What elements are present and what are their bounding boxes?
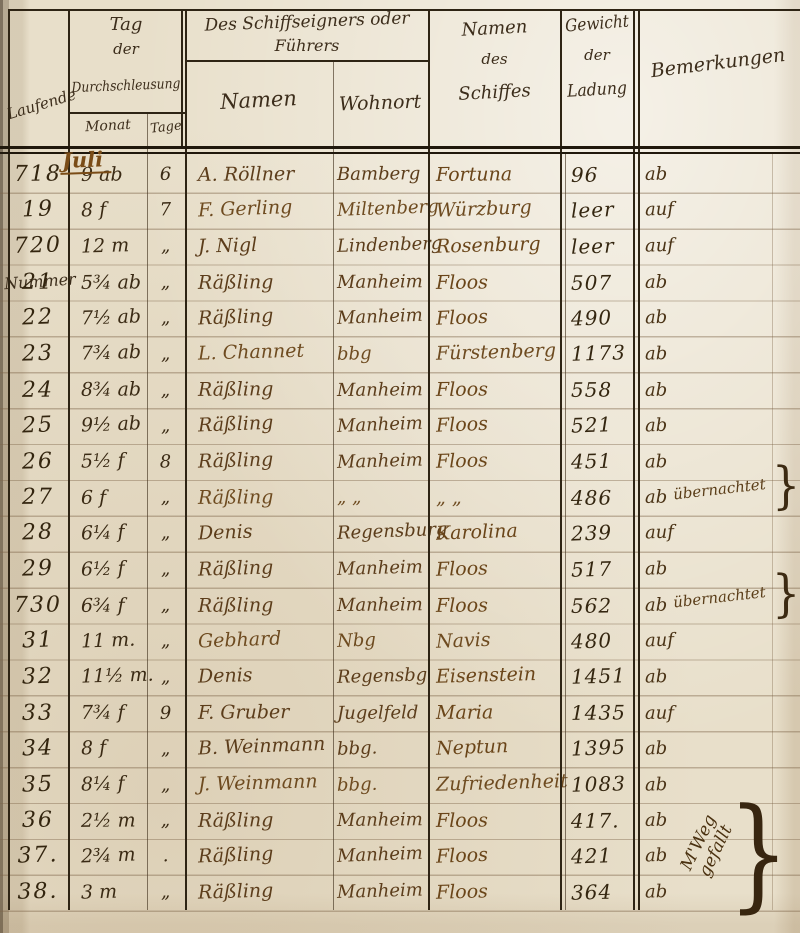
- cell-tag: 8: [147, 451, 185, 473]
- cell-wohnort: bbg.: [333, 735, 429, 759]
- bemerkung-text: ab: [645, 737, 668, 759]
- header-sub-namen: Namen: [183, 84, 333, 116]
- table-vertical-line: [333, 60, 334, 910]
- cell-bemerkung: auf: [633, 194, 800, 221]
- cell-uhrzeit: 6¾ f: [68, 594, 147, 617]
- cell-schiffsname: Floos: [428, 841, 562, 868]
- table-row: 730 6¾ f „ Räßling Manheim Floos 562 ab …: [8, 588, 800, 624]
- cell-schiffer-name: J. Nigl: [184, 232, 334, 258]
- cell-uhrzeit: 12 m: [68, 234, 148, 258]
- cell-laufende-nummer: 24: [8, 377, 68, 403]
- bemerkung-note: übernachtet: [672, 475, 766, 503]
- cell-wohnort: bbg: [333, 341, 429, 365]
- cell-gewicht: 421: [561, 842, 634, 869]
- cell-uhrzeit: 2¾ m: [68, 843, 148, 868]
- cell-gewicht: 562: [561, 593, 633, 618]
- bemerkung-text: ab: [645, 595, 667, 616]
- cell-schiffer-name: Räßling: [184, 593, 333, 616]
- header-bemerkungen: Bemerkungen: [637, 42, 798, 83]
- cell-gewicht: 490: [561, 304, 634, 331]
- cell-bemerkung: ab: [633, 662, 800, 688]
- cell-gewicht: 517: [561, 556, 634, 582]
- cell-schiffsname: Floos: [428, 447, 562, 473]
- cell-laufende-nummer: 37.: [8, 842, 69, 869]
- cell-tag: „: [147, 414, 185, 436]
- cell-schiffsname: Floos: [428, 593, 561, 616]
- cell-uhrzeit: 11½ m.: [68, 664, 148, 688]
- header-schiffer-title2: Führers: [184, 36, 430, 55]
- cell-tag: „: [147, 343, 185, 365]
- header-gewicht-line3: Ladung: [559, 78, 635, 102]
- cell-laufende-nummer: 36: [8, 808, 68, 834]
- cell-laufende-nummer: 31: [8, 627, 69, 654]
- table-horizontal-line: [185, 60, 428, 62]
- cell-gewicht: 507: [561, 270, 633, 295]
- table-row: 720 12 m „ J. Nigl Lindenberg Rosenburg …: [8, 229, 800, 265]
- table-horizontal-line: [0, 152, 800, 154]
- cell-schiffer-name: Räßling: [184, 447, 334, 473]
- cell-uhrzeit: 8 f: [68, 735, 148, 760]
- cell-bemerkung: ab: [633, 271, 800, 293]
- cell-schiffsname: Floos: [428, 555, 562, 581]
- cell-schiffer-name: J. Weinmann: [184, 770, 334, 796]
- cell-bemerkung: ab: [633, 733, 800, 760]
- cell-wohnort: Manheim: [333, 449, 429, 473]
- table-row: 23 7¾ ab „ L. Channet bbg Fürstenberg 11…: [8, 336, 800, 372]
- cell-schiffer-name: Räßling: [184, 840, 334, 867]
- cell-schiffer-name: Denis: [184, 517, 334, 544]
- cell-wohnort: Bamberg: [333, 164, 428, 186]
- cell-schiffer-name: B. Weinmann: [184, 733, 334, 760]
- cell-laufende-nummer: 28: [8, 519, 69, 546]
- header-schiff-line3: Schiffes: [428, 79, 562, 107]
- cell-gewicht: 417.: [561, 808, 633, 833]
- cell-wohnort: bbg.: [333, 772, 429, 796]
- cell-laufende-nummer: 33: [8, 700, 68, 726]
- table-row: 35 8¼ f „ J. Weinmann bbg. Zufriedenheit…: [8, 767, 800, 803]
- cell-tag: 9: [147, 702, 184, 723]
- grouping-brace: }: [728, 792, 789, 915]
- cell-schiffer-name: L. Channet: [184, 339, 334, 365]
- cell-tag: „: [147, 881, 185, 903]
- cell-gewicht: 96: [561, 162, 633, 187]
- table-row: 28 6¼ f „ Denis Regensburg Karolina 239 …: [8, 516, 800, 552]
- bemerkung-text: ab: [645, 774, 668, 796]
- cell-tag: „: [147, 774, 185, 796]
- cell-wohnort: Regensbg: [333, 664, 429, 688]
- cell-wohnort: Regensburg: [333, 520, 429, 544]
- cell-tag: „: [147, 558, 185, 580]
- table-horizontal-line: [0, 146, 800, 149]
- table-row: 718 9 ab 6 A. Röllner Bamberg Fortuna 96…: [8, 157, 800, 193]
- cell-tag: 7: [147, 199, 185, 221]
- header-tag-line2: der: [68, 40, 184, 58]
- bemerkung-text: ab: [645, 414, 668, 436]
- table-row: 22 7½ ab „ Räßling Manheim Floos 490 ab: [8, 301, 800, 337]
- cell-schiffsname: Karolina: [428, 518, 562, 545]
- table-row: 24 8¾ ab „ Räßling Manheim Floos 558 ab: [8, 372, 800, 408]
- cell-wohnort: Jugelfeld: [333, 702, 428, 724]
- cell-laufende-nummer: 23: [8, 340, 69, 367]
- cell-gewicht: leer: [561, 196, 634, 223]
- cell-bemerkung: auf: [633, 701, 800, 723]
- table-row: 25 9½ ab „ Räßling Manheim Floos 521 ab: [8, 408, 800, 444]
- cell-uhrzeit: 5¾ ab: [68, 271, 147, 294]
- bemerkung-text: auf: [645, 630, 675, 652]
- bemerkung-text: ab: [645, 487, 667, 508]
- table-horizontal-line: [68, 112, 185, 114]
- cell-gewicht: 480: [561, 627, 634, 654]
- header-gewicht-line1: Gewicht: [561, 11, 632, 36]
- bemerkung-text: ab: [645, 343, 668, 365]
- table-row: 32 11½ m. „ Denis Regensbg Eisenstein 14…: [8, 659, 800, 695]
- cell-bemerkung: ab übernachtet }: [633, 594, 800, 616]
- header-schiff-line2: des: [428, 50, 561, 68]
- bemerkung-text: ab: [645, 451, 668, 473]
- cell-gewicht: 558: [561, 378, 633, 403]
- cell-schiffer-name: Räßling: [184, 302, 334, 329]
- cell-bemerkung: ab: [633, 302, 800, 329]
- cell-wohnort: Manheim: [333, 810, 428, 832]
- cell-schiffsname: Fortuna: [428, 163, 561, 186]
- table-horizontal-line: [8, 9, 800, 11]
- cell-schiffer-name: Räßling: [184, 410, 334, 437]
- bemerkung-text: ab: [645, 307, 668, 329]
- table-row: 36 2½ m „ Räßling Manheim Floos 417. ab: [8, 803, 800, 839]
- bemerkung-text: ab: [645, 164, 667, 185]
- table-row: 31 11 m. „ Gebhard Nbg Navis 480 auf: [8, 624, 800, 660]
- cell-laufende-nummer: 32: [8, 663, 69, 690]
- cell-tag: „: [147, 487, 184, 508]
- cell-schiffsname: Maria: [428, 701, 561, 724]
- cell-schiffsname: Floos: [428, 303, 562, 330]
- cell-tag: „: [147, 379, 184, 400]
- cell-uhrzeit: 6¼ f: [68, 520, 148, 545]
- cell-gewicht: 486: [561, 485, 633, 510]
- cell-gewicht: 451: [561, 448, 634, 474]
- cell-laufende-nummer: 22: [8, 304, 69, 331]
- cell-laufende-nummer: 27: [8, 485, 68, 511]
- cell-schiffsname: Würzburg: [428, 195, 562, 222]
- cell-gewicht: 521: [561, 412, 634, 439]
- cell-wohnort: Manheim: [333, 880, 429, 904]
- cell-uhrzeit: 9½ ab: [68, 412, 148, 437]
- cell-schiffsname: Zufriedenheit: [428, 770, 562, 796]
- bemerkung-text: auf: [645, 199, 675, 221]
- cell-bemerkung: ab: [633, 410, 800, 437]
- cell-uhrzeit: 5½ f: [68, 449, 148, 473]
- cell-bemerkung: ab: [633, 163, 800, 185]
- cell-laufende-nummer: 34: [8, 734, 69, 761]
- header-sub-wohnort: Wohnort: [330, 90, 431, 115]
- cell-uhrzeit: 8¼ f: [68, 772, 148, 796]
- month-label: Juli: [60, 146, 112, 175]
- bemerkung-text: auf: [645, 235, 675, 257]
- cell-schiffsname: Fürstenberg: [428, 340, 562, 366]
- cell-uhrzeit: 6 f: [68, 486, 147, 509]
- cell-laufende-nummer: 25: [8, 411, 69, 438]
- cell-gewicht: 364: [561, 879, 634, 905]
- cell-schiffer-name: Gebhard: [184, 625, 334, 652]
- cell-uhrzeit: 2½ m: [68, 809, 147, 832]
- cell-schiffer-name: Räßling: [184, 809, 333, 832]
- cell-tag: „: [147, 630, 185, 652]
- cell-laufende-nummer: 26: [8, 448, 69, 475]
- cell-schiffsname: Floos: [428, 809, 561, 832]
- table-vertical-line: [147, 112, 148, 910]
- cell-wohnort: Nbg: [333, 628, 429, 652]
- ledger-page: Laufende Nummer Tag der Durchschleusung …: [0, 0, 800, 933]
- cell-schiffer-name: Räßling: [184, 486, 333, 509]
- cell-gewicht: 239: [561, 519, 634, 546]
- table-row: 21 5¾ ab „ Räßling Manheim Floos 507 ab: [8, 265, 800, 301]
- cell-tag: „: [147, 235, 185, 257]
- cell-uhrzeit: 7¾ f: [68, 702, 147, 725]
- cell-laufende-nummer: 718: [8, 162, 68, 188]
- cell-schiffer-name: F. Gerling: [184, 194, 334, 221]
- header-tag-line1: Tag: [68, 14, 184, 35]
- bemerkung-text: ab: [645, 666, 668, 688]
- cell-schiffer-name: Räßling: [184, 378, 333, 401]
- cell-gewicht: 1435: [561, 701, 633, 726]
- cell-laufende-nummer: 35: [8, 771, 69, 798]
- table-vertical-line: [633, 9, 635, 910]
- cell-bemerkung: ab: [633, 339, 800, 365]
- cell-wohnort: Miltenberg: [333, 197, 429, 221]
- header-gewicht-line2: der: [558, 46, 636, 64]
- cell-schiffsname: Rosenburg: [428, 232, 562, 258]
- cell-schiffsname: Navis: [428, 626, 562, 653]
- table-body: 718 9 ab 6 A. Röllner Bamberg Fortuna 96…: [8, 157, 800, 911]
- cell-tag: „: [147, 737, 185, 759]
- table-vertical-line: [185, 9, 187, 910]
- bemerkung-text: ab: [645, 379, 667, 400]
- header-schiffer-title1: Des Schiffseigners oder: [184, 8, 431, 37]
- cell-schiffsname: Floos: [428, 410, 562, 437]
- table-vertical-line: [68, 9, 70, 910]
- cell-gewicht: leer: [561, 233, 634, 259]
- cell-bemerkung: ab übernachtet }: [633, 486, 800, 508]
- cell-uhrzeit: 8¾ ab: [68, 379, 147, 402]
- bemerkung-text: ab: [645, 881, 668, 903]
- cell-gewicht: 1083: [561, 771, 634, 797]
- cell-laufende-nummer: 730: [8, 593, 68, 619]
- cell-laufende-nummer: 720: [8, 233, 69, 260]
- table-vertical-line: [8, 9, 10, 910]
- table-vertical-line: [181, 9, 183, 148]
- cell-wohnort: Manheim: [333, 412, 429, 436]
- table-vertical-line: [560, 9, 562, 910]
- table-vertical-line: [565, 152, 566, 910]
- cell-schiffsname: Neptun: [428, 733, 562, 760]
- header-laufende-line1: Laufende: [5, 87, 73, 124]
- cell-laufende-nummer: 19: [8, 196, 69, 223]
- header-sub-monat: Monat: [70, 116, 147, 136]
- cell-schiffer-name: Räßling: [184, 878, 334, 904]
- cell-gewicht: 1173: [561, 340, 634, 366]
- cell-uhrzeit: 3 m: [68, 880, 148, 904]
- table-row: 38. 3 m „ Räßling Manheim Floos 364 ab: [8, 875, 800, 911]
- cell-tag: .: [147, 845, 185, 867]
- table-row: 27 6 f „ Räßling „ „ „ „ 486 ab übernach…: [8, 480, 800, 516]
- cell-uhrzeit: 6½ f: [68, 557, 148, 581]
- table-row: 33 7¾ f 9 F. Gruber Jugelfeld Maria 1435…: [8, 695, 800, 731]
- table-row: 26 5½ f 8 Räßling Manheim Floos 451 ab: [8, 444, 800, 480]
- cell-schiffer-name: F. Gruber: [184, 701, 333, 724]
- table-vertical-line: [638, 9, 640, 910]
- bemerkung-note: übernachtet: [672, 583, 766, 611]
- cell-schiffer-name: Denis: [184, 662, 334, 688]
- cell-schiffsname: Floos: [428, 878, 562, 904]
- cell-schiffsname: Floos: [428, 378, 561, 401]
- cell-gewicht: 1395: [561, 735, 634, 762]
- cell-tag: „: [147, 666, 185, 688]
- cell-schiffer-name: Räßling: [184, 555, 334, 581]
- cell-bemerkung: auf: [633, 517, 800, 544]
- cell-wohnort: Manheim: [333, 271, 428, 293]
- cell-wohnort: „ „: [333, 487, 428, 509]
- cell-uhrzeit: 7¾ ab: [68, 341, 148, 365]
- cell-tag: 6: [147, 164, 184, 185]
- bemerkung-text: ab: [645, 272, 667, 293]
- header-tag-line3: Durchschleusung: [69, 76, 182, 96]
- cell-schiffsname: „ „: [428, 486, 561, 509]
- cell-bemerkung: auf: [633, 232, 800, 258]
- cell-tag: „: [147, 595, 184, 616]
- cell-wohnort: Manheim: [333, 557, 429, 581]
- cell-laufende-nummer: 38.: [8, 879, 69, 906]
- bemerkung-text: auf: [645, 522, 675, 544]
- cell-schiffsname: Eisenstein: [428, 663, 562, 689]
- cell-laufende-nummer: 21: [8, 270, 68, 296]
- cell-uhrzeit: 11 m.: [68, 628, 148, 653]
- cell-laufende-nummer: 29: [8, 556, 69, 583]
- cell-uhrzeit: 8 f: [68, 197, 148, 222]
- cell-wohnort: Manheim: [333, 305, 429, 329]
- cell-uhrzeit: 7½ ab: [68, 305, 148, 330]
- header-schiff-line1: Namen: [428, 15, 562, 43]
- cell-tag: „: [147, 307, 185, 329]
- table-row: 29 6½ f „ Räßling Manheim Floos 517 ab: [8, 552, 800, 588]
- cell-gewicht: 1451: [561, 663, 634, 689]
- bemerkung-text: auf: [645, 702, 674, 723]
- table-vertical-line: [428, 9, 430, 910]
- cell-schiffsname: Floos: [428, 270, 561, 293]
- cell-bemerkung: auf: [633, 625, 800, 652]
- bemerkung-text: ab: [645, 845, 668, 867]
- cell-tag: „: [147, 522, 185, 544]
- table-row: 34 8 f „ B. Weinmann bbg. Neptun 1395 ab: [8, 731, 800, 767]
- cell-wohnort: Manheim: [333, 843, 429, 867]
- bemerkung-text: ab: [645, 810, 667, 831]
- cell-wohnort: Lindenberg: [333, 234, 429, 258]
- cell-schiffer-name: A. Röllner: [184, 163, 333, 186]
- cell-tag: „: [147, 810, 184, 831]
- cell-wohnort: Manheim: [333, 379, 428, 401]
- bemerkung-text: ab: [645, 558, 668, 580]
- cell-tag: „: [147, 272, 184, 293]
- cell-schiffer-name: Räßling: [184, 270, 333, 293]
- cell-wohnort: Manheim: [333, 594, 428, 616]
- table-row: 19 8 f 7 F. Gerling Miltenberg Würzburg …: [8, 193, 800, 229]
- cell-bemerkung: ab: [633, 378, 800, 400]
